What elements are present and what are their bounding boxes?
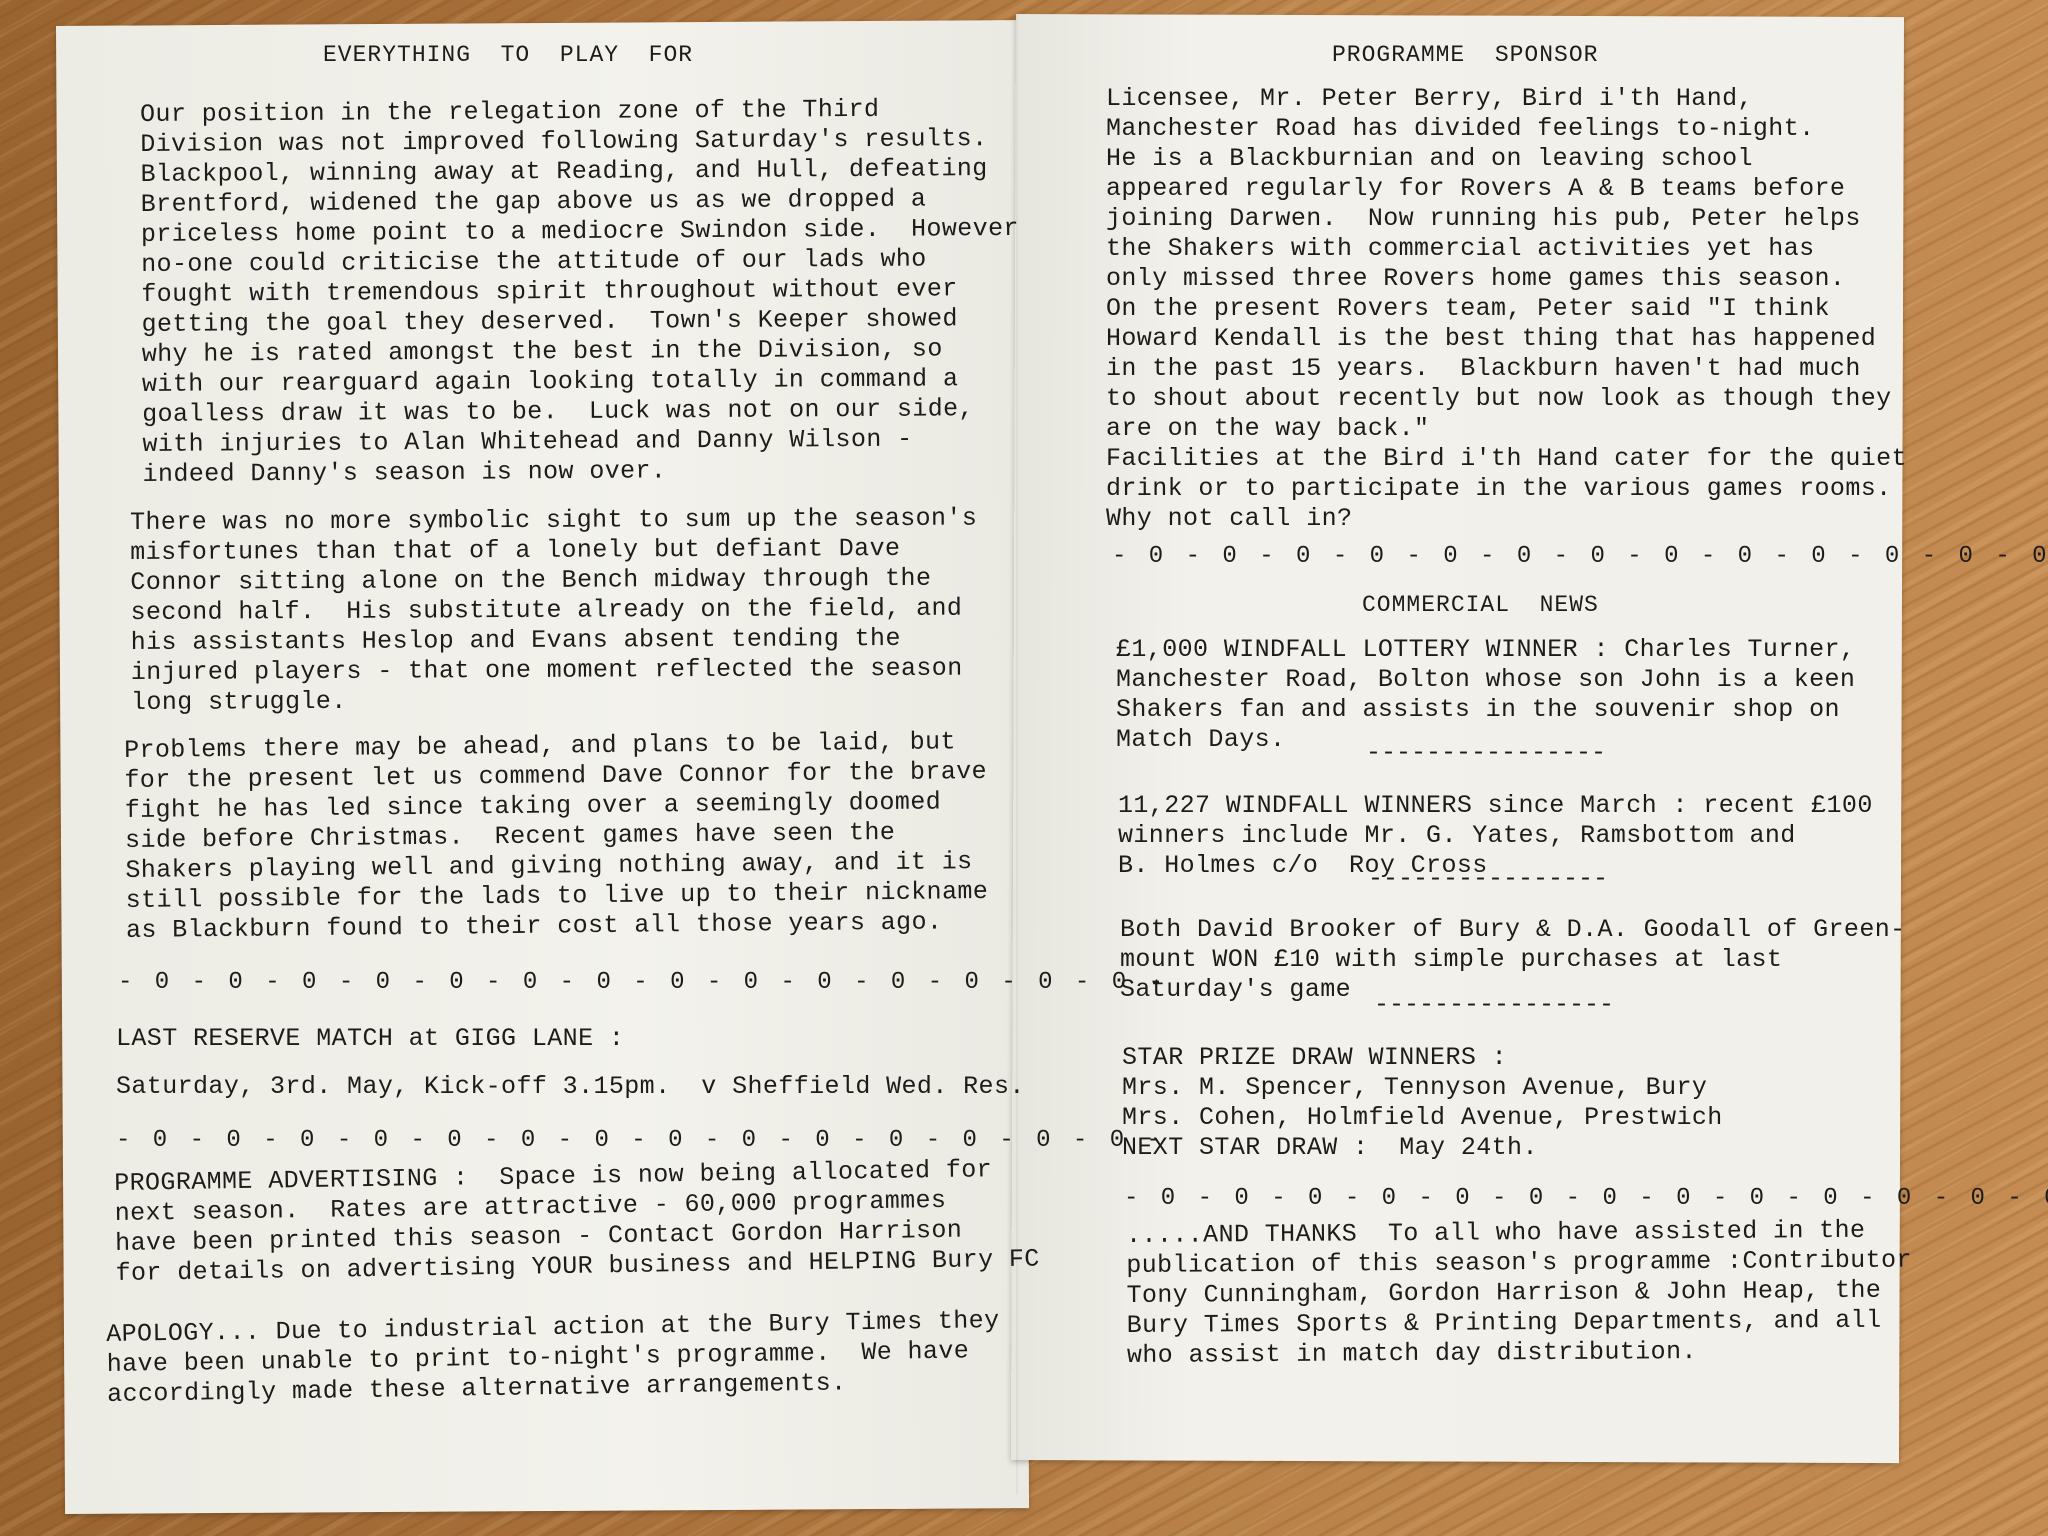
text-line: Manchester Road has divided feelings to-…	[1106, 114, 1907, 144]
reserve-match-detail: Saturday, 3rd. May, Kick-off 3.15pm. v S…	[116, 1072, 1025, 1102]
text-line: NEXT STAR DRAW : May 24th.	[1122, 1132, 1723, 1162]
commercial-news-title: COMMERCIAL NEWS	[1362, 590, 1599, 620]
paragraph-relegation: Our position in the relegation zone of t…	[140, 94, 1021, 490]
reserve-match-heading: LAST RESERVE MATCH at GIGG LANE :	[116, 1024, 624, 1054]
separator: - 0 - 0 - 0 - 0 - 0 - 0 - 0 - 0 - 0 - 0 …	[118, 968, 1167, 998]
text-line: to shout about recently but now look as …	[1106, 384, 1907, 414]
separator: - 0 - 0 - 0 - 0 - 0 - 0 - 0 - 0 - 0 - 0 …	[1124, 1184, 2048, 1214]
paragraph-problems-ahead: Problems there may be ahead, and plans t…	[124, 727, 989, 946]
text-line: Connor sitting alone on the Bench midway…	[130, 564, 977, 598]
apology-notice: APOLOGY... Due to industrial action at t…	[106, 1304, 1001, 1408]
text-line: long struggle.	[131, 684, 978, 718]
text-line: indeed Danny's season is now over.	[143, 454, 1021, 490]
divider-rule: ----------------	[1368, 864, 1608, 894]
programme-advertising-notice: PROGRAMME ADVERTISING : Space is now bei…	[114, 1153, 1040, 1288]
thanks-paragraph: .....AND THANKS To all who have assisted…	[1126, 1215, 1913, 1370]
lottery-winner-item: £1,000 WINDFALL LOTTERY WINNER : Charles…	[1116, 634, 1855, 754]
text-line: injured players - that one moment reflec…	[131, 654, 978, 688]
paragraph-symbolic-sight: There was no more symbolic sight to sum …	[130, 504, 978, 718]
text-line: STAR PRIZE DRAW WINNERS :	[1122, 1042, 1723, 1072]
separator: - 0 - 0 - 0 - 0 - 0 - 0 - 0 - 0 - 0 - 0 …	[1112, 542, 2048, 572]
divider-rule: ----------------	[1374, 990, 1614, 1020]
text-line: with injuries to Alan Whitehead and Dann…	[142, 424, 1020, 460]
text-line: are on the way back."	[1106, 414, 1907, 444]
text-line: appeared regularly for Rovers A & B team…	[1106, 174, 1907, 204]
text-line: Facilities at the Bird i'th Hand cater f…	[1106, 444, 1907, 474]
star-prize-draw-item: STAR PRIZE DRAW WINNERS :Mrs. M. Spencer…	[1122, 1042, 1723, 1162]
divider-rule: ----------------	[1366, 738, 1606, 768]
sponsor-paragraph: Licensee, Mr. Peter Berry, Bird i'th Han…	[1106, 84, 1907, 534]
text-line: only missed three Rovers home games this…	[1106, 264, 1907, 294]
right-page-title: PROGRAMME SPONSOR	[1332, 40, 1598, 70]
text-line: in the past 15 years. Blackburn haven't …	[1106, 354, 1907, 384]
text-line: misfortunes than that of a lonely but de…	[130, 534, 977, 568]
text-line: There was no more symbolic sight to sum …	[130, 504, 977, 538]
text-line: Shakers fan and assists in the souvenir …	[1116, 694, 1855, 724]
text-line: Manchester Road, Bolton whose son John i…	[1116, 664, 1855, 694]
text-line: Bury Times Sports & Printing Departments…	[1127, 1305, 1913, 1340]
text-line: He is a Blackburnian and on leaving scho…	[1106, 144, 1907, 174]
text-line: On the present Rovers team, Peter said "…	[1106, 294, 1907, 324]
text-line: Mrs. M. Spencer, Tennyson Avenue, Bury	[1122, 1072, 1723, 1102]
text-line: Licensee, Mr. Peter Berry, Bird i'th Han…	[1106, 84, 1907, 114]
text-line: Both David Brooker of Bury & D.A. Goodal…	[1120, 914, 1906, 944]
text-line: joining Darwen. Now running his pub, Pet…	[1106, 204, 1907, 234]
text-line: Howard Kendall is the best thing that ha…	[1106, 324, 1907, 354]
text-line: the Shakers with commercial activities y…	[1106, 234, 1907, 264]
text-line: second half. His substitute already on t…	[130, 594, 977, 628]
text-line: mount WON £10 with simple purchases at l…	[1120, 944, 1906, 974]
left-page-title: EVERYTHING TO PLAY FOR	[323, 40, 693, 70]
text-line: Why not call in?	[1106, 504, 1907, 534]
text-line: drink or to participate in the various g…	[1106, 474, 1907, 504]
text-line: winners include Mr. G. Yates, Ramsbottom…	[1118, 820, 1873, 850]
text-line: Mrs. Cohen, Holmfield Avenue, Prestwich	[1122, 1102, 1723, 1132]
text-line: who assist in match day distribution.	[1127, 1335, 1913, 1370]
separator: - 0 - 0 - 0 - 0 - 0 - 0 - 0 - 0 - 0 - 0 …	[116, 1126, 1165, 1156]
text-line: his assistants Heslop and Evans absent t…	[131, 624, 978, 658]
text-line: £1,000 WINDFALL LOTTERY WINNER : Charles…	[1116, 634, 1855, 664]
text-line: 11,227 WINDFALL WINNERS since March : re…	[1118, 790, 1873, 820]
